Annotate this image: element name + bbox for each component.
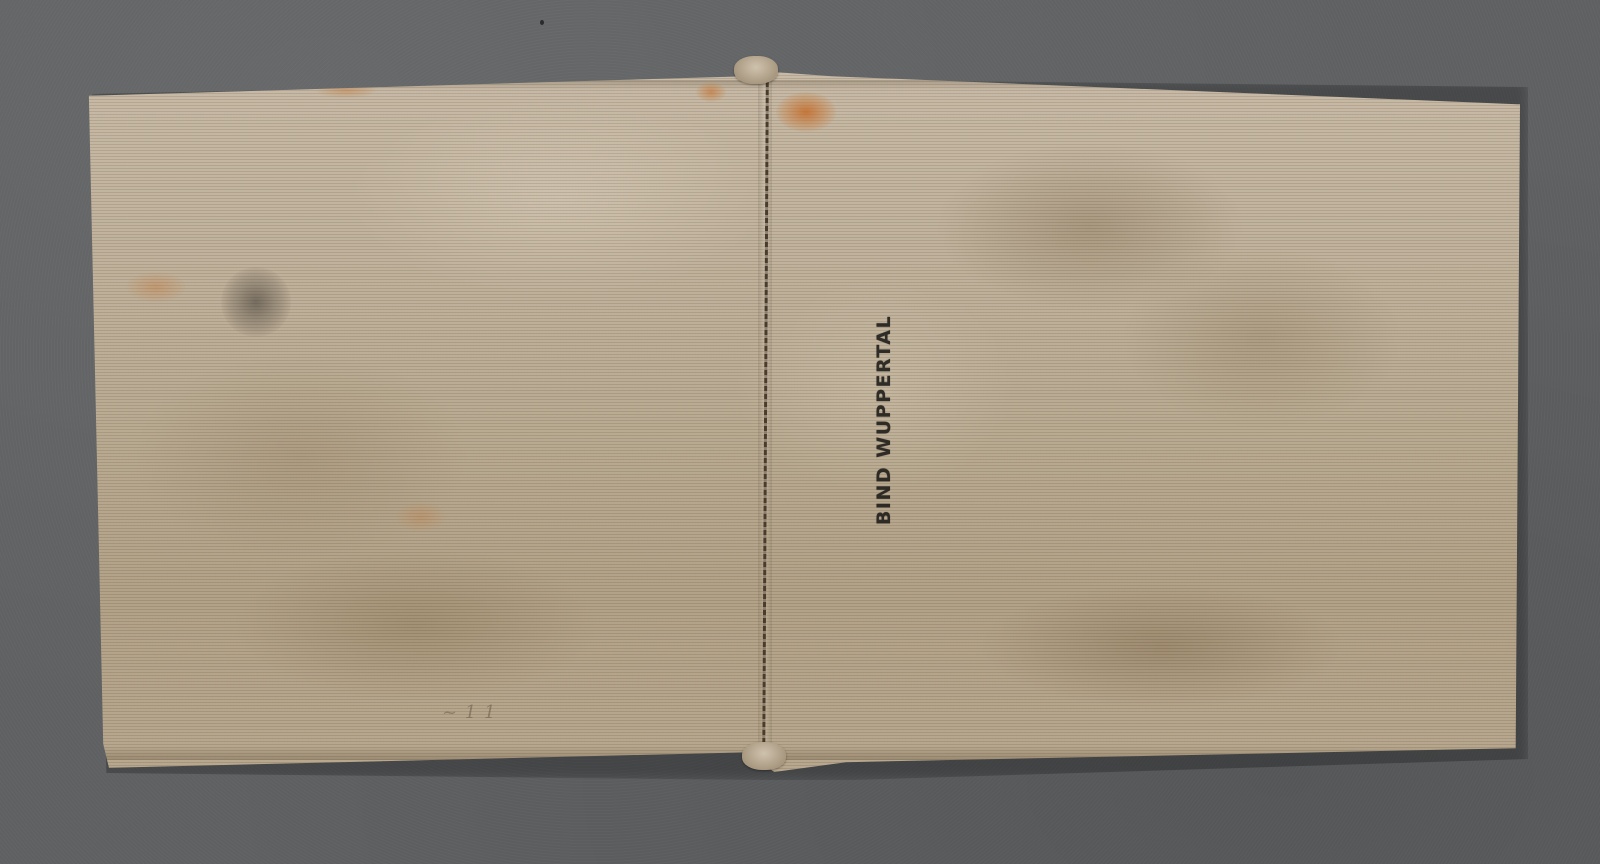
- maker-stamp: BIND WUPPERTAL: [873, 315, 895, 525]
- rust-stain-left: [126, 272, 186, 302]
- rust-stain-top-left: [696, 82, 726, 102]
- rust-stain-top-edge: [316, 82, 376, 98]
- fabric-weave-texture: [86, 72, 1520, 772]
- dark-smudge: [221, 267, 291, 337]
- top-seam-knot: [734, 56, 778, 84]
- bottom-seam-knot: [742, 742, 786, 770]
- rust-stain-top-right: [776, 92, 836, 132]
- rust-stain-center-left: [396, 502, 446, 532]
- armband: ~ 1 1 BIND WUPPERTAL: [0, 0, 1600, 864]
- pencil-mark: ~ 1 1: [442, 702, 496, 723]
- armband-fabric: ~ 1 1: [86, 72, 1520, 772]
